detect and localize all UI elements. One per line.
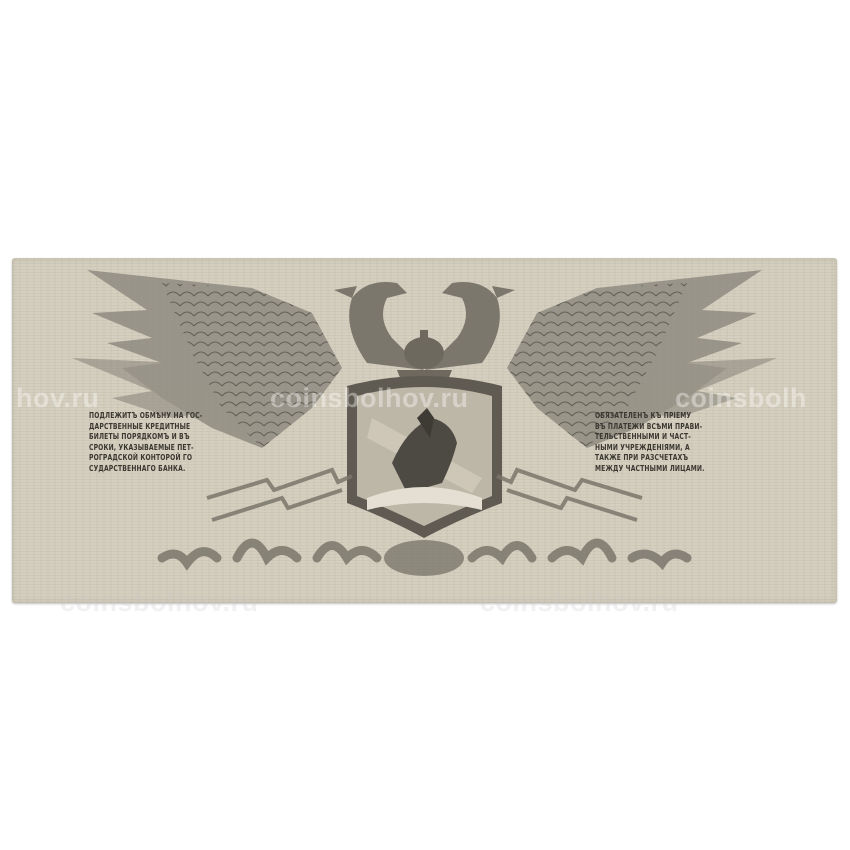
watermark-center: coinsbolhov.ru bbox=[270, 383, 469, 414]
left-inscription: ПОДЛЕЖИТЪ ОБМѢНУ НА ГОС- ДАРСТВЕННЫЕ КРЕ… bbox=[89, 410, 227, 474]
watermark-bottom-right: coinsbolhov.ru bbox=[480, 587, 679, 618]
watermark-bottom-left: coinsbolhov.ru bbox=[60, 587, 259, 618]
watermark-right: coinsbolh bbox=[675, 383, 807, 414]
watermark-left: hov.ru bbox=[16, 383, 100, 414]
banknote-reverse: ПОДЛЕЖИТЪ ОБМѢНУ НА ГОС- ДАРСТВЕННЫЕ КРЕ… bbox=[12, 258, 837, 603]
right-inscription: ОБЯЗАТЕЛЕНЪ КЪ ПРІЕМУ ВЪ ПЛАТЕЖИ ВСѢМИ П… bbox=[595, 410, 729, 474]
